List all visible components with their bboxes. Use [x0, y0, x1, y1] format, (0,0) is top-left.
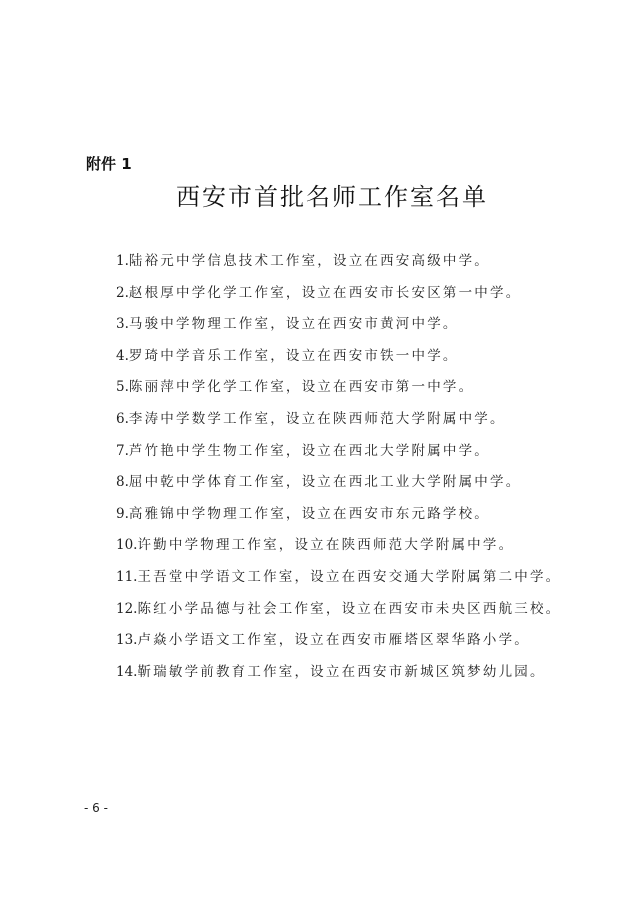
list-item: 6.李涛中学数学工作室，设立在陕西师范大学附属中学。: [116, 409, 561, 441]
list-item: 10.许勤中学物理工作室，设立在陕西师范大学附属中学。: [116, 535, 561, 567]
item-text: 陈红小学品德与社会工作室，设立在西安市未央区西航三校。: [137, 601, 561, 617]
list-item: 7.芦竹艳中学生物工作室，设立在西北大学附属中学。: [116, 441, 561, 473]
item-text: 卢焱小学语文工作室，设立在西安市雁塔区翠华路小学。: [137, 632, 530, 648]
item-number: 6.: [116, 411, 129, 427]
document-title: 西安市首批名师工作室名单: [0, 177, 640, 212]
item-number: 1.: [116, 253, 129, 269]
list-item: 13.卢焱小学语文工作室，设立在西安市雁塔区翠华路小学。: [116, 630, 561, 662]
list-item: 3.马骏中学物理工作室，设立在西安市黄河中学。: [116, 314, 561, 346]
item-text: 高雅锦中学物理工作室，设立在西安市东元路学校。: [129, 506, 490, 522]
item-text: 李涛中学数学工作室，设立在陕西师范大学附属中学。: [129, 411, 506, 427]
item-text: 靳瑞敏学前教育工作室，设立在西安市新城区筑梦幼儿园。: [137, 664, 545, 680]
list-item: 4.罗琦中学音乐工作室，设立在西安市铁一中学。: [116, 346, 561, 378]
item-number: 7.: [116, 443, 129, 459]
list-item: 14.靳瑞敏学前教育工作室，设立在西安市新城区筑梦幼儿园。: [116, 662, 561, 694]
list-item: 1.陆裕元中学信息技术工作室，设立在西安高级中学。: [116, 251, 561, 283]
item-number: 11.: [116, 569, 137, 585]
item-number: 4.: [116, 348, 129, 364]
item-number: 8.: [116, 474, 129, 490]
item-number: 12.: [116, 601, 137, 617]
item-number: 5.: [116, 379, 129, 395]
list-item: 11.王吾堂中学语文工作室，设立在西安交通大学附属第二中学。: [116, 567, 561, 599]
item-text: 罗琦中学音乐工作室，设立在西安市铁一中学。: [129, 348, 459, 364]
item-text: 王吾堂中学语文工作室，设立在西安交通大学附属第二中学。: [137, 569, 561, 585]
item-text: 许勤中学物理工作室，设立在陕西师范大学附属中学。: [137, 537, 514, 553]
list-item: 5.陈丽萍中学化学工作室，设立在西安市第一中学。: [116, 377, 561, 409]
list-item: 12.陈红小学品德与社会工作室，设立在西安市未央区西航三校。: [116, 599, 561, 631]
item-text: 陈丽萍中学化学工作室，设立在西安市第一中学。: [129, 379, 474, 395]
page-number: - 6 -: [84, 801, 108, 815]
studio-list: 1.陆裕元中学信息技术工作室，设立在西安高级中学。 2.赵根厚中学化学工作室，设…: [116, 251, 561, 693]
item-text: 芦竹艳中学生物工作室，设立在西北大学附属中学。: [129, 443, 490, 459]
item-text: 陆裕元中学信息技术工作室，设立在西安高级中学。: [129, 253, 490, 269]
item-number: 13.: [116, 632, 137, 648]
item-number: 10.: [116, 537, 137, 553]
attachment-label: 附件 1: [86, 153, 132, 174]
item-text: 马骏中学物理工作室，设立在西安市黄河中学。: [129, 316, 459, 332]
item-number: 14.: [116, 664, 137, 680]
list-item: 9.高雅锦中学物理工作室，设立在西安市东元路学校。: [116, 504, 561, 536]
list-item: 2.赵根厚中学化学工作室，设立在西安市长安区第一中学。: [116, 283, 561, 315]
list-item: 8.屈中乾中学体育工作室，设立在西北工业大学附属中学。: [116, 472, 561, 504]
item-number: 9.: [116, 506, 129, 522]
item-number: 2.: [116, 285, 129, 301]
item-text: 赵根厚中学化学工作室，设立在西安市长安区第一中学。: [129, 285, 522, 301]
item-number: 3.: [116, 316, 129, 332]
item-text: 屈中乾中学体育工作室，设立在西北工业大学附属中学。: [129, 474, 522, 490]
